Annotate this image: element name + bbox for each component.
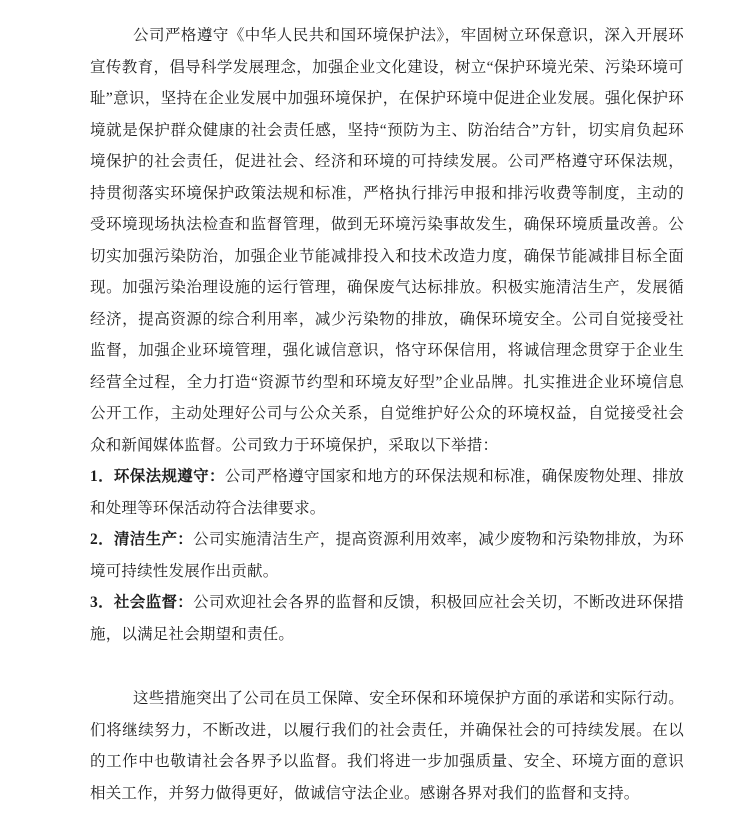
list-item-1-text: 公司严格遵守国家和地方的环保法规和标准，确保废物处理、排放 [225, 468, 684, 485]
list-item-2: 2．清洁生产：公司实施清洁生产，提高资源利用效率，减少废物和污染物排放，为环 境… [90, 524, 684, 587]
text-line: 境可持续性发展作出贡献。 [90, 556, 684, 588]
text-line: 公开工作，主动处理好公司与公众关系，自觉维护好公众的环境权益，自觉接受社会公 [90, 398, 684, 430]
list-item-3-text: 公司欢迎社会各界的监督和反馈，积极回应社会关切，不断改进环保措 [193, 594, 684, 611]
text-line: 这些措施突出了公司在员工保障、安全环保和环境保护方面的承诺和实际行动。我 [90, 683, 684, 715]
text-line: 境就是保护群众健康的社会责任感，坚持“预防为主、防治结合”方针，切实肩负起环 [90, 115, 684, 147]
document-page: 公司严格遵守《中华人民共和国环境保护法》，牢固树立环保意识，深入开展环境 宣传教… [90, 20, 684, 809]
text-line: 们将继续努力，不断改进，以履行我们的社会责任，并确保社会的可持续发展。在以后 [90, 715, 684, 747]
text-line: 众和新闻媒体监督。公司致力于环境保护，采取以下举措： [90, 430, 684, 462]
text-line: 公司严格遵守《中华人民共和国环境保护法》，牢固树立环保意识，深入开展环境 [90, 20, 684, 52]
list-item-3: 3．社会监督：公司欢迎社会各界的监督和反馈，积极回应社会关切，不断改进环保措 施… [90, 587, 684, 650]
list-item-1-label: 1．环保法规遵守： [90, 468, 225, 485]
list-item-2-label: 2．清洁生产： [90, 531, 193, 548]
list-item-1: 1．环保法规遵守：公司严格遵守国家和地方的环保法规和标准，确保废物处理、排放 和… [90, 461, 684, 524]
text-line: 切实加强污染防治，加强企业节能减排投入和技术改造力度，确保节能减排目标全面实 [90, 241, 684, 273]
text-line: 现。加强污染治理设施的运行管理，确保废气达标排放。积极实施清洁生产，发展循环 [90, 272, 684, 304]
text-line: 相关工作，并努力做得更好，做诚信守法企业。感谢各界对我们的监督和支持。 [90, 778, 684, 810]
text-line: 持贯彻落实环境保护政策法规和标准，严格执行排污申报和排污收费等制度，主动的接 [90, 178, 684, 210]
text-line: 2．清洁生产：公司实施清洁生产，提高资源利用效率，减少废物和污染物排放，为环 [90, 524, 684, 556]
text-line: 1．环保法规遵守：公司严格遵守国家和地方的环保法规和标准，确保废物处理、排放 [90, 461, 684, 493]
text-line: 受环境现场执法检查和监督管理，做到无环境污染事故发生，确保环境质量改善。公司 [90, 209, 684, 241]
paragraph-intro: 公司严格遵守《中华人民共和国环境保护法》，牢固树立环保意识，深入开展环境 宣传教… [90, 20, 684, 461]
list-item-3-label: 3．社会监督： [90, 594, 193, 611]
paragraph-closing: 这些措施突出了公司在员工保障、安全环保和环境保护方面的承诺和实际行动。我 们将继… [90, 683, 684, 809]
text-line: 宣传教育，倡导科学发展理念，加强企业文化建设，树立“保护环境光荣、污染环境可 [90, 52, 684, 84]
text-line: 监督，加强企业环境管理，强化诚信意识，恪守环保信用，将诚信理念贯穿于企业生产 [90, 335, 684, 367]
text-line: 施，以满足社会期望和责任。 [90, 619, 684, 651]
text-line: 境保护的社会责任，促进社会、经济和环境的可持续发展。公司严格遵守环保法规，坚 [90, 146, 684, 178]
text-line: 的工作中也敬请社会各界予以监督。我们将进一步加强质量、安全、环境方面的意识和 [90, 746, 684, 778]
text-line: 经营全过程，全力打造“资源节约型和环境友好型”企业品牌。扎实推进企业环境信息 [90, 367, 684, 399]
text-line: 3．社会监督：公司欢迎社会各界的监督和反馈，积极回应社会关切，不断改进环保措 [90, 587, 684, 619]
list-item-2-text: 公司实施清洁生产，提高资源利用效率，减少废物和污染物排放，为环 [193, 531, 684, 548]
text-line: 经济，提高资源的综合利用率，减少污染物的排放，确保环境安全。公司自觉接受社会 [90, 304, 684, 336]
text-line: 耻”意识，坚持在企业发展中加强环境保护，在保护环境中促进企业发展。强化保护环 [90, 83, 684, 115]
text-line: 和处理等环保活动符合法律要求。 [90, 493, 684, 525]
